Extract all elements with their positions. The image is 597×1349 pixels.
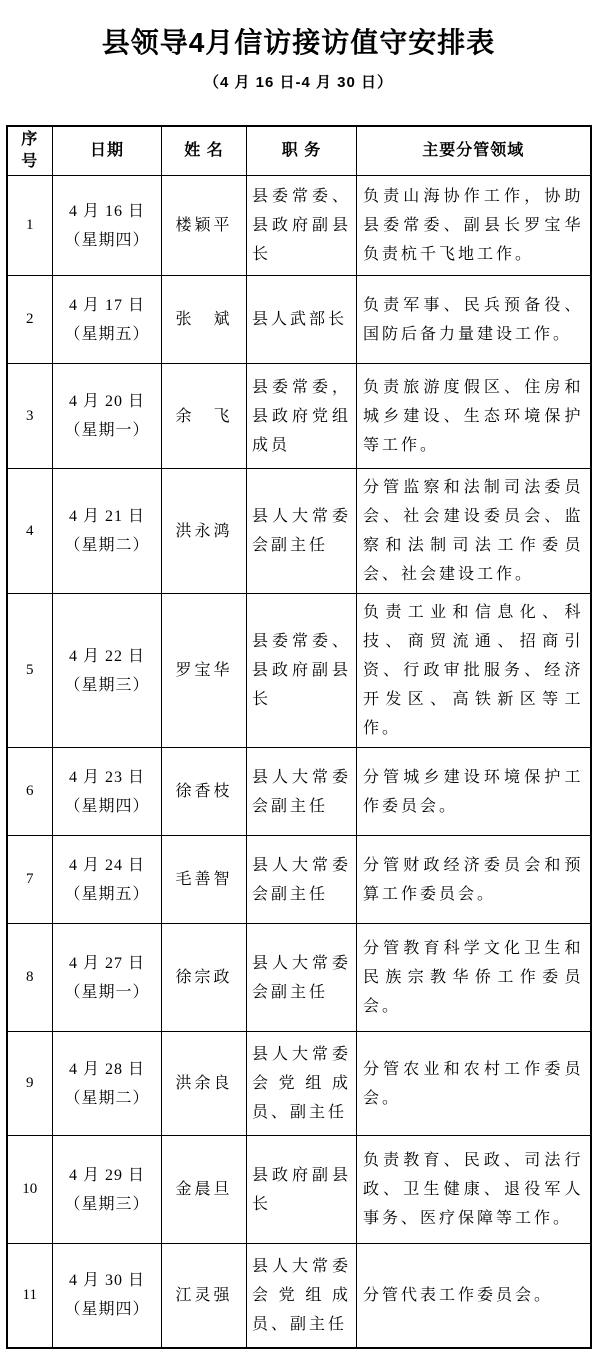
cell-serial-number: 8: [7, 924, 53, 1032]
header-position: 职 务: [247, 126, 357, 176]
cell-name: 罗宝华: [162, 594, 247, 748]
cell-date: 4 月 30 日 （星期四）: [53, 1244, 162, 1348]
cell-serial-number: 5: [7, 594, 53, 748]
cell-date: 4 月 28 日 （星期二）: [53, 1032, 162, 1136]
cell-name: 洪余良: [162, 1032, 247, 1136]
cell-position: 县委常委、县政府副县长: [247, 594, 357, 748]
cell-serial-number: 10: [7, 1136, 53, 1244]
date-line2: （星期二）: [59, 1084, 155, 1113]
cell-serial-number: 6: [7, 748, 53, 836]
header-row: 序号 日期 姓 名 职 务 主要分管领域: [7, 126, 591, 176]
cell-responsibility: 负责军事、民兵预备役、国防后备力量建设工作。: [357, 276, 591, 364]
cell-name: 金晨旦: [162, 1136, 247, 1244]
date-line1: 4 月 16 日: [59, 197, 155, 226]
date-line2: （星期一）: [59, 416, 155, 445]
date-line1: 4 月 17 日: [59, 291, 155, 320]
date-line1: 4 月 23 日: [59, 763, 155, 792]
header-serial-number: 序号: [7, 126, 53, 176]
cell-date: 4 月 17 日 （星期五）: [53, 276, 162, 364]
duty-schedule-table: 序号 日期 姓 名 职 务 主要分管领域 1 4 月 16 日 （星期四） 楼颖…: [6, 125, 592, 1349]
table-row: 4 4 月 21 日 （星期二） 洪永鸿 县人大常委会副主任 分管监察和法制司法…: [7, 469, 591, 594]
date-line2: （星期五）: [59, 320, 155, 349]
table-row: 6 4 月 23 日 （星期四） 徐香枝 县人大常委会副主任 分管城乡建设环境保…: [7, 748, 591, 836]
cell-name: 毛善智: [162, 836, 247, 924]
cell-position: 县人大常委会副主任: [247, 836, 357, 924]
cell-responsibility: 负责教育、民政、司法行政、卫生健康、退役军人事务、医疗保障等工作。: [357, 1136, 591, 1244]
cell-name: 楼颖平: [162, 176, 247, 276]
cell-serial-number: 4: [7, 469, 53, 594]
cell-serial-number: 1: [7, 176, 53, 276]
cell-responsibility: 分管教育科学文化卫生和民族宗教华侨工作委员会。: [357, 924, 591, 1032]
cell-responsibility: 分管代表工作委员会。: [357, 1244, 591, 1348]
header-name: 姓 名: [162, 126, 247, 176]
table-row: 7 4 月 24 日 （星期五） 毛善智 县人大常委会副主任 分管财政经济委员会…: [7, 836, 591, 924]
date-line2: （星期一）: [59, 978, 155, 1007]
cell-position: 县委常委，县政府党组成员: [247, 364, 357, 469]
cell-position: 县人大常委会副主任: [247, 748, 357, 836]
cell-position: 县政府副县长: [247, 1136, 357, 1244]
cell-responsibility: 分管农业和农村工作委员会。: [357, 1032, 591, 1136]
date-line2: （星期二）: [59, 531, 155, 560]
date-line2: （星期四）: [59, 1295, 155, 1324]
date-line2: （星期三）: [59, 1190, 155, 1219]
cell-position: 县人武部长: [247, 276, 357, 364]
cell-position: 县人大常委会副主任: [247, 469, 357, 594]
cell-date: 4 月 24 日 （星期五）: [53, 836, 162, 924]
cell-responsibility: 分管财政经济委员会和预算工作委员会。: [357, 836, 591, 924]
date-line2: （星期四）: [59, 792, 155, 821]
cell-name: 徐宗政: [162, 924, 247, 1032]
date-line1: 4 月 22 日: [59, 642, 155, 671]
cell-name: 徐香枝: [162, 748, 247, 836]
cell-name: 洪永鸿: [162, 469, 247, 594]
date-line1: 4 月 21 日: [59, 502, 155, 531]
cell-serial-number: 11: [7, 1244, 53, 1348]
cell-date: 4 月 21 日 （星期二）: [53, 469, 162, 594]
date-line1: 4 月 29 日: [59, 1161, 155, 1190]
table-row: 8 4 月 27 日 （星期一） 徐宗政 县人大常委会副主任 分管教育科学文化卫…: [7, 924, 591, 1032]
table-row: 11 4 月 30 日 （星期四） 江灵强 县人大常委会党组成员、副主任 分管代…: [7, 1244, 591, 1348]
cell-responsibility: 分管监察和法制司法委员会、社会建设委员会、监察和法制司法工作委员会、社会建设工作…: [357, 469, 591, 594]
cell-date: 4 月 16 日 （星期四）: [53, 176, 162, 276]
cell-name: 江灵强: [162, 1244, 247, 1348]
page-subtitle: （4 月 16 日-4 月 30 日）: [0, 71, 597, 92]
cell-serial-number: 7: [7, 836, 53, 924]
cell-position: 县人大常委会党组成员、副主任: [247, 1032, 357, 1136]
date-line2: （星期三）: [59, 671, 155, 700]
cell-name: 张 斌: [162, 276, 247, 364]
cell-serial-number: 3: [7, 364, 53, 469]
cell-responsibility: 分管城乡建设环境保护工作委员会。: [357, 748, 591, 836]
date-line1: 4 月 28 日: [59, 1055, 155, 1084]
cell-date: 4 月 20 日 （星期一）: [53, 364, 162, 469]
cell-date: 4 月 27 日 （星期一）: [53, 924, 162, 1032]
header-responsibility: 主要分管领域: [357, 126, 591, 176]
cell-date: 4 月 22 日 （星期三）: [53, 594, 162, 748]
date-line1: 4 月 20 日: [59, 387, 155, 416]
cell-date: 4 月 23 日 （星期四）: [53, 748, 162, 836]
table-row: 10 4 月 29 日 （星期三） 金晨旦 县政府副县长 负责教育、民政、司法行…: [7, 1136, 591, 1244]
date-line1: 4 月 27 日: [59, 949, 155, 978]
cell-serial-number: 9: [7, 1032, 53, 1136]
cell-responsibility: 负责旅游度假区、住房和城乡建设、生态环境保护等工作。: [357, 364, 591, 469]
document-page: 县领导4月信访接访值守安排表 （4 月 16 日-4 月 30 日） 序号 日期…: [0, 0, 597, 1349]
cell-position: 县人大常委会副主任: [247, 924, 357, 1032]
cell-position: 县人大常委会党组成员、副主任: [247, 1244, 357, 1348]
cell-responsibility: 负责工业和信息化、科技、商贸流通、招商引资、行政审批服务、经济开发区、高铁新区等…: [357, 594, 591, 748]
table-row: 3 4 月 20 日 （星期一） 余 飞 县委常委，县政府党组成员 负责旅游度假…: [7, 364, 591, 469]
cell-serial-number: 2: [7, 276, 53, 364]
table-row: 1 4 月 16 日 （星期四） 楼颖平 县委常委、县政府副县长 负责山海协作工…: [7, 176, 591, 276]
cell-name: 余 飞: [162, 364, 247, 469]
cell-position: 县委常委、县政府副县长: [247, 176, 357, 276]
date-line2: （星期五）: [59, 880, 155, 909]
cell-date: 4 月 29 日 （星期三）: [53, 1136, 162, 1244]
date-line1: 4 月 30 日: [59, 1266, 155, 1295]
date-line2: （星期四）: [59, 226, 155, 255]
table-row: 2 4 月 17 日 （星期五） 张 斌 县人武部长 负责军事、民兵预备役、国防…: [7, 276, 591, 364]
header-date: 日期: [53, 126, 162, 176]
table-row: 9 4 月 28 日 （星期二） 洪余良 县人大常委会党组成员、副主任 分管农业…: [7, 1032, 591, 1136]
date-line1: 4 月 24 日: [59, 851, 155, 880]
cell-responsibility: 负责山海协作工作，协助县委常委、副县长罗宝华负责杭千飞地工作。: [357, 176, 591, 276]
table-row: 5 4 月 22 日 （星期三） 罗宝华 县委常委、县政府副县长 负责工业和信息…: [7, 594, 591, 748]
page-title: 县领导4月信访接访值守安排表: [0, 21, 597, 61]
